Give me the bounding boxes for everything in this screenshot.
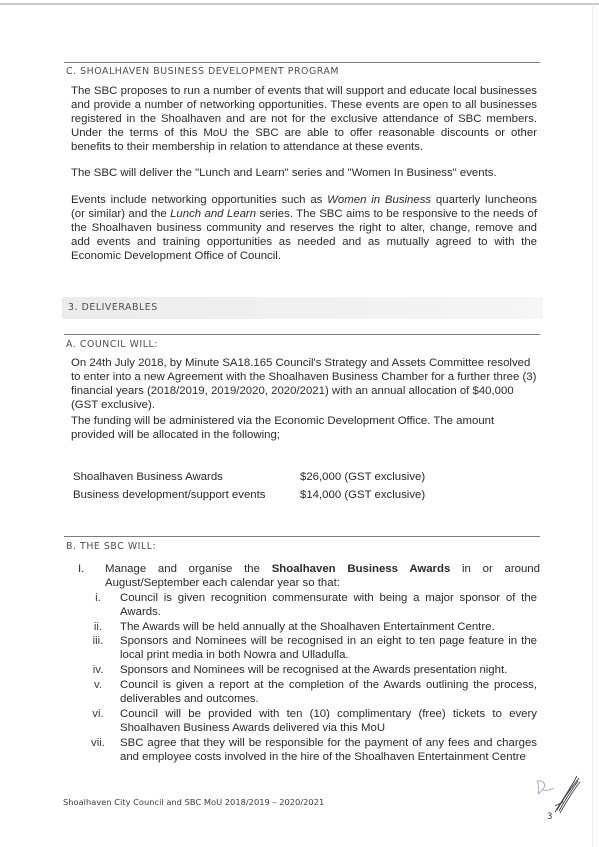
item1-text-before: Manage and organise the (105, 563, 272, 575)
footer-text: Shoalhaven City Council and SBC MoU 2018… (63, 797, 324, 807)
sub-list-marker: v. (88, 678, 108, 692)
deliverables-heading: 3. DELIVERABLES (68, 302, 158, 313)
page-right-edge (592, 4, 593, 847)
sub-list-text: SBC agree that they will be responsible … (120, 736, 537, 764)
list-marker: I. (78, 562, 84, 576)
sub-list-marker: ii. (88, 620, 108, 634)
page-top-edge (0, 3, 599, 5)
list-item-text: Manage and organise the Shoalhaven Busin… (105, 562, 540, 591)
council-will-paragraph-2: The funding will be administered via the… (71, 414, 537, 442)
council-will-rule (64, 334, 540, 335)
section-c-heading: C. SHOALHAVEN BUSINESS DEVELOPMENT PROGR… (66, 66, 339, 77)
item1-bold-awards: Shoalhaven Business Awards (272, 563, 451, 575)
section-c-events-paragraph: Events include networking opportunities … (71, 193, 537, 263)
sub-list-text: Sponsors and Nominees will be recognised… (120, 634, 537, 662)
sub-list-text: Council is given a report at the complet… (120, 678, 537, 706)
sub-list-marker: vi. (88, 707, 108, 721)
allocation-label: Business development/support events (73, 488, 266, 502)
council-will-heading: A. COUNCIL WILL: (66, 339, 158, 350)
events-text-1: Events include networking opportunities … (71, 194, 327, 206)
signature-initials-icon (533, 772, 583, 818)
events-italic-lunch-and-learn: Lunch and Learn (170, 208, 256, 220)
council-will-paragraph-1: On 24th July 2018, by Minute SA18.165 Co… (71, 356, 537, 412)
sub-list-marker: vii. (88, 736, 108, 750)
sub-list-marker: iii. (88, 634, 108, 648)
sub-list-marker: i. (88, 591, 108, 605)
events-italic-women-in-business: Women in Business (327, 194, 431, 206)
allocation-amount: $14,000 (GST exclusive) (300, 488, 425, 502)
sub-list-text: The Awards will be held annually at the … (120, 620, 537, 634)
sub-list-text: Sponsors and Nominees will be recognised… (120, 663, 537, 677)
sub-list-text: Council will be provided with ten (10) c… (120, 707, 537, 735)
sub-list-text: Council is given recognition commensurat… (120, 591, 537, 619)
section-c-rule (64, 62, 540, 63)
section-c-paragraph-1: The SBC proposes to run a number of even… (71, 84, 537, 154)
allocation-label: Shoalhaven Business Awards (73, 470, 223, 484)
section-c-paragraph-2: The SBC will deliver the "Lunch and Lear… (71, 166, 537, 180)
allocation-amount: $26,000 (GST exclusive) (300, 470, 425, 484)
sub-list-marker: iv. (88, 663, 108, 677)
sbc-will-rule (64, 536, 540, 537)
sbc-will-heading: B. THE SBC WILL: (66, 541, 156, 552)
